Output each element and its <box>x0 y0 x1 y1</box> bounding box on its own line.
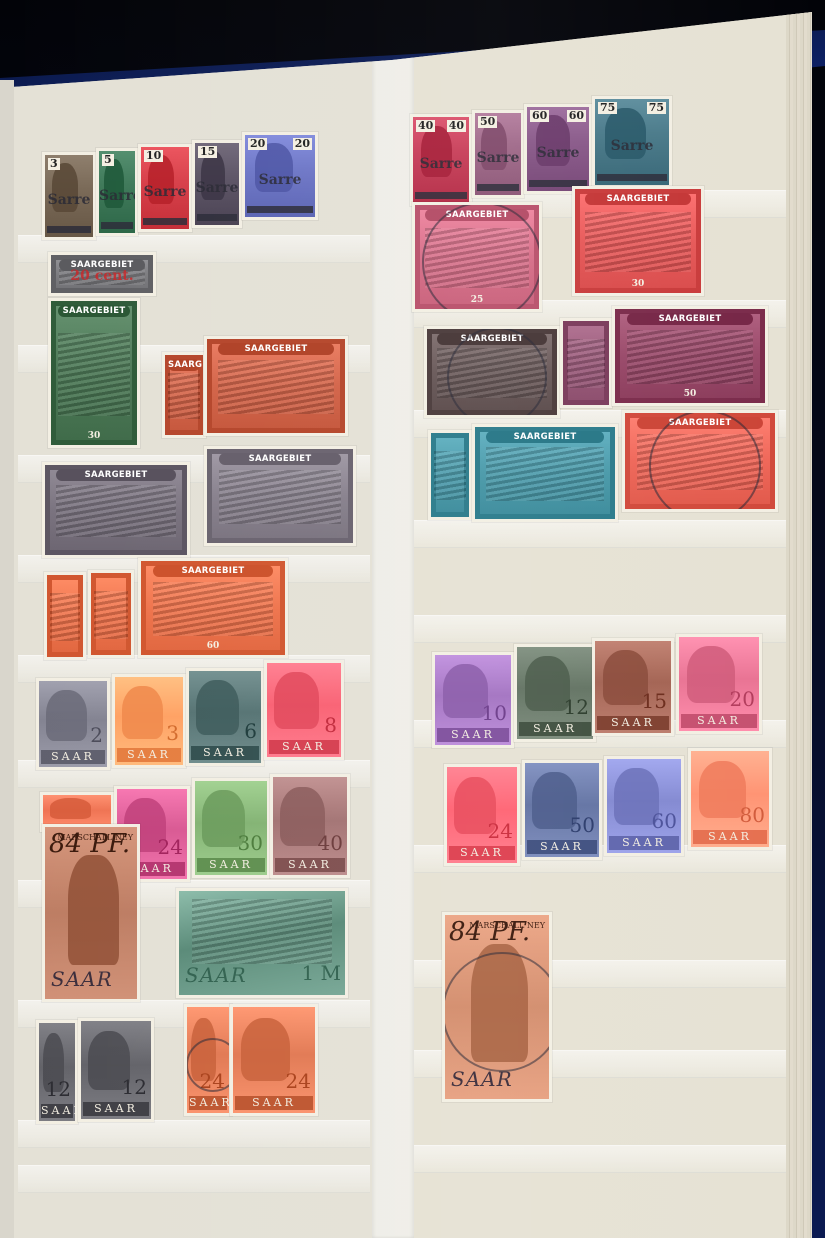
stamp-design: SAARGEBIET25 <box>415 205 539 309</box>
stamp: 30SAAR <box>192 778 270 878</box>
stamp: 24SAAR <box>230 1004 318 1116</box>
glassine-strip <box>18 1165 370 1193</box>
saargebiet-banner: SAARGEBIET <box>637 417 763 429</box>
stamp: 24SAAR <box>444 764 520 866</box>
stamp-design <box>563 321 609 405</box>
face-value: 30 <box>575 279 701 289</box>
stamp: 10Sarre <box>138 144 192 232</box>
saargebiet-banner: SAARGEBIET <box>486 431 604 443</box>
stamp: 12SAAR <box>36 1020 78 1124</box>
overprint-bar <box>415 192 467 199</box>
stamp-design: 84 PF.MARSCHALL NEYSAAR <box>45 827 137 999</box>
stamp-design: 2SAAR <box>39 681 107 767</box>
stockbook-photo: 3Sarre5Sarre10Sarre15Sarre2020SarreSAARG… <box>0 0 825 1238</box>
face-value: 1 M <box>301 961 341 985</box>
stamp-design: 10Sarre <box>141 147 189 229</box>
stamp-scene <box>627 330 753 385</box>
caption-label: MARSCHALL NEY <box>57 833 133 842</box>
stamp-scene <box>567 339 606 388</box>
glassine-strip <box>414 520 786 548</box>
face-value: 3 <box>166 721 179 745</box>
page-gutter <box>372 12 414 1238</box>
stamp <box>428 430 472 520</box>
saar-label: SAAR <box>197 858 265 872</box>
worker-figure <box>50 798 91 818</box>
face-value: 30 <box>51 431 137 441</box>
stamp: 84 PF.MARSCHALL NEYSAAR <box>442 912 552 1102</box>
page-edge-stack <box>786 12 812 1238</box>
overprint-text: Sarre <box>141 184 189 200</box>
saar-label: SAAR <box>117 748 181 762</box>
stamp-scene <box>486 447 604 500</box>
stamp-design: SAAR1 M <box>179 891 345 995</box>
stamp-design: 12SAAR <box>39 1023 75 1121</box>
saargebiet-banner: SAARGEBIET <box>585 193 691 205</box>
value-label: 15 <box>198 146 217 158</box>
saargebiet-banner: SAARGEBIET <box>425 209 529 221</box>
saar-label: SAAR <box>609 836 679 850</box>
overprint-text: Sarre <box>413 156 469 172</box>
overprint-text: Sarre <box>595 138 669 154</box>
face-value: 50 <box>615 389 765 399</box>
stamp-design: 3Sarre <box>45 155 93 237</box>
stamp-design: SAARGEBIET <box>207 339 345 433</box>
stamp-design: 50Sarre <box>475 113 521 195</box>
stamp: 2020Sarre <box>242 132 318 220</box>
saargebiet-banner: SAARGEBIET <box>56 469 175 481</box>
stamp: 60SAAR <box>604 756 684 856</box>
stamp-design: 50SAAR <box>525 763 599 857</box>
value-label: 75 <box>647 102 666 114</box>
face-value: 12 <box>564 695 589 719</box>
stamp-scene <box>218 360 334 415</box>
stamp-scene <box>153 582 274 637</box>
stamp-design: 10SAAR <box>435 655 511 745</box>
stamp: 3Sarre <box>42 152 96 240</box>
marshal-ney-figure <box>68 855 119 965</box>
stamp: 15SAAR <box>592 638 674 736</box>
face-value: 30 <box>238 831 263 855</box>
face-value: 24 <box>488 819 513 843</box>
stamp-design: 20SAAR <box>679 637 759 731</box>
overprint-bar <box>197 214 237 221</box>
stamp-scene <box>94 591 128 639</box>
stamp <box>44 572 86 660</box>
stamp-scene <box>168 373 200 419</box>
face-value: 6 <box>244 719 257 743</box>
stamp-scene <box>585 212 691 272</box>
stamp: SAARGEBIET <box>472 424 618 522</box>
stamp-design: 5Sarre <box>99 151 135 233</box>
saar-label: SAAR <box>41 1104 73 1118</box>
worker-figure <box>687 646 735 702</box>
stamp: 20SAAR <box>676 634 762 734</box>
saargebiet-banner: SAARGEBIET <box>437 333 546 345</box>
stamp-design: SAARGEBIET <box>427 329 557 415</box>
value-label: 60 <box>567 110 586 122</box>
value-label: 75 <box>598 102 617 114</box>
value-label: 40 <box>416 120 435 132</box>
worker-figure <box>274 672 318 728</box>
overprint-bar <box>47 226 91 233</box>
stamp: 8SAAR <box>264 660 344 760</box>
stamp-design: SAARGEBIET60 <box>141 561 285 655</box>
stamp-scene <box>219 470 342 525</box>
worker-figure <box>241 1018 290 1082</box>
saar-label: SAAR <box>185 963 247 987</box>
stamp-design: SAARGEBIET <box>45 465 187 555</box>
face-value: 80 <box>740 803 765 827</box>
face-value: 60 <box>652 809 677 833</box>
value-label: 20 <box>293 138 312 150</box>
stamp: 50Sarre <box>472 110 524 198</box>
face-value: 2 <box>90 723 103 747</box>
stamp-design: SAARGEBIET20 cent. <box>51 255 153 293</box>
stamp-design: 30SAAR <box>195 781 267 875</box>
worker-figure <box>46 690 87 742</box>
glassine-strip <box>414 1145 786 1173</box>
stamp: 24SAAR <box>184 1004 232 1116</box>
saar-label: SAAR <box>597 716 669 730</box>
value-label: 60 <box>530 110 549 122</box>
stamp: SAARGEBIET <box>162 352 206 438</box>
saar-label: SAAR <box>83 1102 149 1116</box>
saar-label: SAAR <box>269 740 339 754</box>
stamp-design: 80SAAR <box>691 751 769 847</box>
saar-label: SAAR <box>41 750 105 764</box>
worker-figure <box>196 680 239 735</box>
saar-label: SAAR <box>189 1096 227 1110</box>
surcharge-text: 20 cent. <box>51 268 153 284</box>
saargebiet-banner: SAARGEBIET <box>168 359 200 371</box>
stamp: 2SAAR <box>36 678 110 770</box>
stamp-design: SAARGEBIET30 <box>575 189 701 293</box>
overprint-bar <box>247 206 313 213</box>
saar-label: SAAR <box>235 1096 313 1110</box>
stamp: 15Sarre <box>192 140 242 228</box>
stamp-design: 15SAAR <box>595 641 671 733</box>
stamp-design: 24SAAR <box>233 1007 315 1113</box>
saar-label: SAAR <box>519 722 591 736</box>
stamp-design <box>431 433 469 517</box>
stamp-design: 24SAAR <box>187 1007 229 1113</box>
stamp-design: SAARGEBIET <box>165 355 203 435</box>
stamp: SAARGEBIET <box>424 326 560 418</box>
stamp: 10SAAR <box>432 652 514 748</box>
stamp-design: 84 PF.MARSCHALL NEYSAAR <box>445 915 549 1099</box>
face-value: 40 <box>318 831 343 855</box>
stamp: 6SAAR <box>186 668 264 766</box>
stamp: SAARGEBIET60 <box>138 558 288 658</box>
stamp-design: 40SAAR <box>273 777 347 875</box>
stamp: 84 PF.MARSCHALL NEYSAAR <box>42 824 140 1002</box>
saargebiet-banner: SAARGEBIET <box>58 305 130 317</box>
glassine-strip <box>18 1120 370 1148</box>
stamp: SAARGEBIET <box>204 446 356 546</box>
saargebiet-banner: SAARGEBIET <box>627 313 753 325</box>
value-label: 10 <box>144 150 163 162</box>
stamp-scene <box>56 485 175 537</box>
stamp-scene <box>425 228 529 288</box>
saar-label: SAAR <box>437 728 509 742</box>
stamp-design: SAARGEBIET30 <box>51 301 137 445</box>
overprint-bar <box>143 218 187 225</box>
stamp-design: 6060Sarre <box>527 107 589 191</box>
saar-label: SAAR <box>527 840 597 854</box>
stamp-scene <box>637 434 763 490</box>
overprint-bar <box>477 184 519 191</box>
face-value: 12 <box>122 1075 147 1099</box>
face-value: 25 <box>415 295 539 305</box>
value-label: 5 <box>102 154 114 166</box>
stamp-design <box>47 575 83 657</box>
face-value: 24 <box>286 1069 311 1093</box>
caption-label: MARSCHALL NEY <box>469 921 545 930</box>
saargebiet-banner: SAARGEBIET <box>153 565 274 577</box>
stamp: 40SAAR <box>270 774 350 878</box>
value-label: 40 <box>447 120 466 132</box>
worker-figure <box>122 686 163 739</box>
overprint-text: Sarre <box>195 180 239 196</box>
stamp: SAARGEBIET30 <box>572 186 704 296</box>
overprint-text: Sarre <box>99 188 135 204</box>
stamp <box>88 570 134 658</box>
stamp-design <box>91 573 131 655</box>
stamp-scene <box>434 451 466 500</box>
stamp-design: 60SAAR <box>607 759 681 853</box>
stamp: SAARGEBIET25 <box>412 202 542 312</box>
left-page-edge <box>0 80 14 1238</box>
stamp: SAARGEBIET50 <box>612 306 768 406</box>
stamp: 4040Sarre <box>410 114 472 206</box>
overprint-text: Sarre <box>45 192 93 208</box>
face-value: 10 <box>482 701 507 725</box>
stamp-design: 7575Sarre <box>595 99 669 185</box>
stamp-scene <box>437 348 546 398</box>
face-value: 24 <box>158 835 183 859</box>
stamp-design: SAARGEBIET50 <box>615 309 765 403</box>
value-label: 50 <box>478 116 497 128</box>
stamp-design: 24SAAR <box>447 767 517 863</box>
stamp: 50SAAR <box>522 760 602 860</box>
stamp: SAARGEBIET <box>204 336 348 436</box>
face-value: 12 <box>46 1077 71 1101</box>
stamp-design: SAARGEBIET <box>475 427 615 519</box>
value-label: 20 <box>248 138 267 150</box>
saar-label: SAAR <box>449 846 515 860</box>
overprint-text: Sarre <box>527 145 589 161</box>
face-value: 15 <box>642 689 667 713</box>
stamp-design: 3SAAR <box>115 677 183 765</box>
overprint-bar <box>101 222 133 229</box>
saargebiet-banner: SAARGEBIET <box>219 453 342 465</box>
stamp: 6060Sarre <box>524 104 592 194</box>
stamp-design: 2020Sarre <box>245 135 315 217</box>
face-value: 60 <box>141 641 285 651</box>
stamp-design: 12SAAR <box>81 1021 151 1119</box>
saargebiet-banner: SAARGEBIET <box>218 343 334 355</box>
stamp-design: 8SAAR <box>267 663 341 757</box>
stamp: 5Sarre <box>96 148 138 236</box>
saar-label: SAAR <box>191 746 259 760</box>
overprint-bar <box>597 174 667 181</box>
overprint-text: Sarre <box>475 150 521 166</box>
marshal-ney-figure <box>471 944 528 1062</box>
saarschleife-scene <box>192 899 331 964</box>
stamp-design: 12SAAR <box>517 647 593 739</box>
stamp: 3SAAR <box>112 674 186 768</box>
stamp: 12SAAR <box>78 1018 154 1122</box>
stamp: SAARGEBIET <box>42 462 190 558</box>
stamp: 7575Sarre <box>592 96 672 188</box>
saar-label: SAAR <box>693 830 767 844</box>
saar-label: SAAR <box>451 1067 513 1091</box>
face-value: 20 <box>730 687 755 711</box>
stamp: SAARGEBIET <box>622 410 778 512</box>
saar-label: SAAR <box>275 858 345 872</box>
stamp <box>560 318 612 408</box>
face-value: 24 <box>200 1069 225 1093</box>
saar-label: SAAR <box>681 714 757 728</box>
face-value: 8 <box>324 713 337 737</box>
stamp-design: 6SAAR <box>189 671 261 763</box>
face-value: 50 <box>570 813 595 837</box>
overprint-text: Sarre <box>245 172 315 188</box>
value-label: 3 <box>48 158 60 170</box>
stamp: 12SAAR <box>514 644 596 742</box>
saar-label: SAAR <box>51 967 113 991</box>
stamp-design: 4040Sarre <box>413 117 469 203</box>
stamp: SAARGEBIET30 <box>48 298 140 448</box>
stamp: 80SAAR <box>688 748 772 850</box>
stamp-design: 15Sarre <box>195 143 239 225</box>
stamp: SAARGEBIET20 cent. <box>48 252 156 296</box>
stamp-scene <box>50 593 80 641</box>
stamp-design: SAARGEBIET <box>207 449 353 543</box>
stamp: SAAR1 M <box>176 888 348 998</box>
stamp-scene <box>58 333 130 417</box>
stamp-design: SAARGEBIET <box>625 413 775 509</box>
